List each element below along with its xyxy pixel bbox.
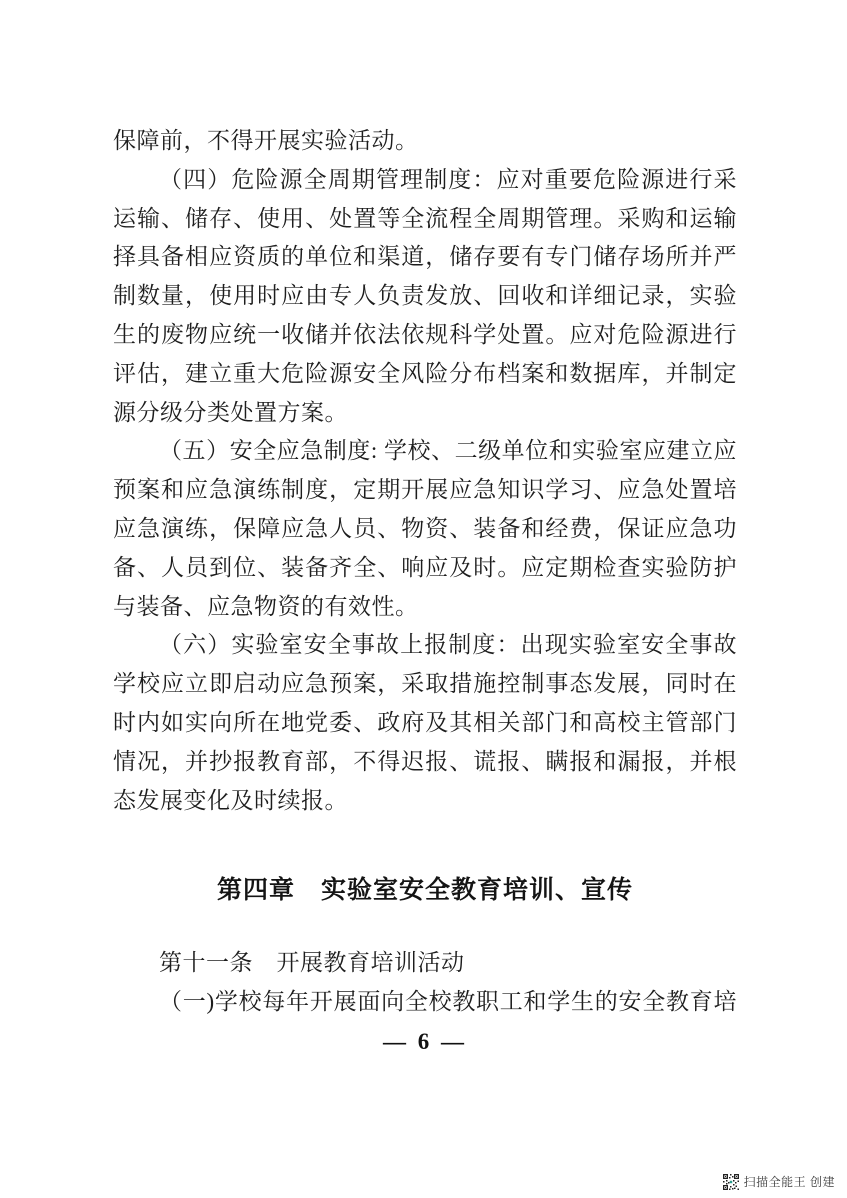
text-line: 评估，建立重大危险源安全风险分布档案和数据库，并制定危险 [113, 355, 737, 394]
text-line: 情况，并抄报教育部，不得迟报、谎报、瞒报和漏报，并根据事 [113, 743, 737, 782]
text-line: 态发展变化及时续报。 [113, 782, 737, 821]
text-line: 保障前，不得开展实验活动。 [113, 122, 737, 161]
page-number: — 6 — [113, 1028, 737, 1056]
document-body: 保障前，不得开展实验活动。（四）危险源全周期管理制度：应对重要危险源进行采购、运… [113, 122, 737, 1056]
text-line: （四）危险源全周期管理制度：应对重要危险源进行采购、 [113, 161, 737, 200]
text-line: （一)学校每年开展面向全校教职工和学生的安全教育培训 [113, 983, 737, 1022]
text-line: 择具备相应资质的单位和渠道，储存要有专门储存场所并严格控 [113, 238, 737, 277]
text-line: 制数量，使用时应由专人负责发放、回收和详细记录，实验后产 [113, 277, 737, 316]
text-line: 生的废物应统一收储并依法依规科学处置。应对危险源进行风险 [113, 316, 737, 355]
text-line: （六）实验室安全事故上报制度：出现实验室安全事故后， [113, 626, 737, 665]
text-line: 学校应立即启动应急预案，采取措施控制事态发展，同时在 1 小 [113, 665, 737, 704]
text-line: 时内如实向所在地党委、政府及其相关部门和高校主管部门报告 [113, 704, 737, 743]
scanner-watermark: 扫描全能王 创建 [723, 1173, 835, 1190]
text-line: 与装备、应急物资的有效性。 [113, 588, 737, 627]
body-paragraphs: 保障前，不得开展实验活动。（四）危险源全周期管理制度：应对重要危险源进行采购、运… [113, 122, 737, 820]
watermark-text: 扫描全能王 创建 [744, 1173, 835, 1190]
text-line: 备、人员到位、装备齐全、响应及时。应定期检查实验防护用品 [113, 549, 737, 588]
qr-code-icon [723, 1174, 739, 1190]
text-line: （五）安全应急制度: 学校、二级单位和实验室应建立应急 [113, 432, 737, 471]
text-line: 源分级分类处置方案。 [113, 394, 737, 433]
chapter-heading: 第四章 实验室安全教育培训、宣传 [113, 870, 737, 910]
text-line: 第十一条 开展教育培训活动 [113, 944, 737, 983]
article-section: 第十一条 开展教育培训活动（一)学校每年开展面向全校教职工和学生的安全教育培训 [113, 944, 737, 1022]
text-line: 运输、储存、使用、处置等全流程全周期管理。采购和运输应选 [113, 200, 737, 239]
text-line: 应急演练，保障应急人员、物资、装备和经费，保证应急功能完 [113, 510, 737, 549]
text-line: 预案和应急演练制度，定期开展应急知识学习、应急处置培训和 [113, 471, 737, 510]
